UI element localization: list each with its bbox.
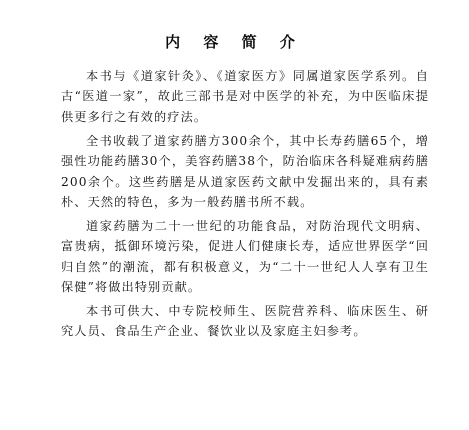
paragraph-contents: 全书收载了道家药膳方300余个，其中长寿药膳65个，增强性功能药膳30个，美容药… [61, 131, 429, 213]
paragraph-series-intro: 本书与《道家针灸》、《道家医方》同属道家医学系列。自古“医道一家”，故此三部书是… [61, 66, 429, 127]
paragraph-significance: 道家药膳为二十一世纪的功能食品，对防治现代文明病、富贵病，抵御环境污染，促进人们… [61, 216, 429, 298]
document-page: 内 容 简 介 本书与《道家针灸》、《道家医方》同属道家医学系列。自古“医道一家… [0, 0, 469, 430]
page-title: 内 容 简 介 [0, 31, 469, 52]
document-body: 本书与《道家针灸》、《道家医方》同属道家医学系列。自古“医道一家”，故此三部书是… [61, 66, 429, 345]
paragraph-audience: 本书可供大、中专院校师生、医院营养科、临床医生、研究人员、食品生产企业、餐饮业以… [61, 301, 429, 342]
